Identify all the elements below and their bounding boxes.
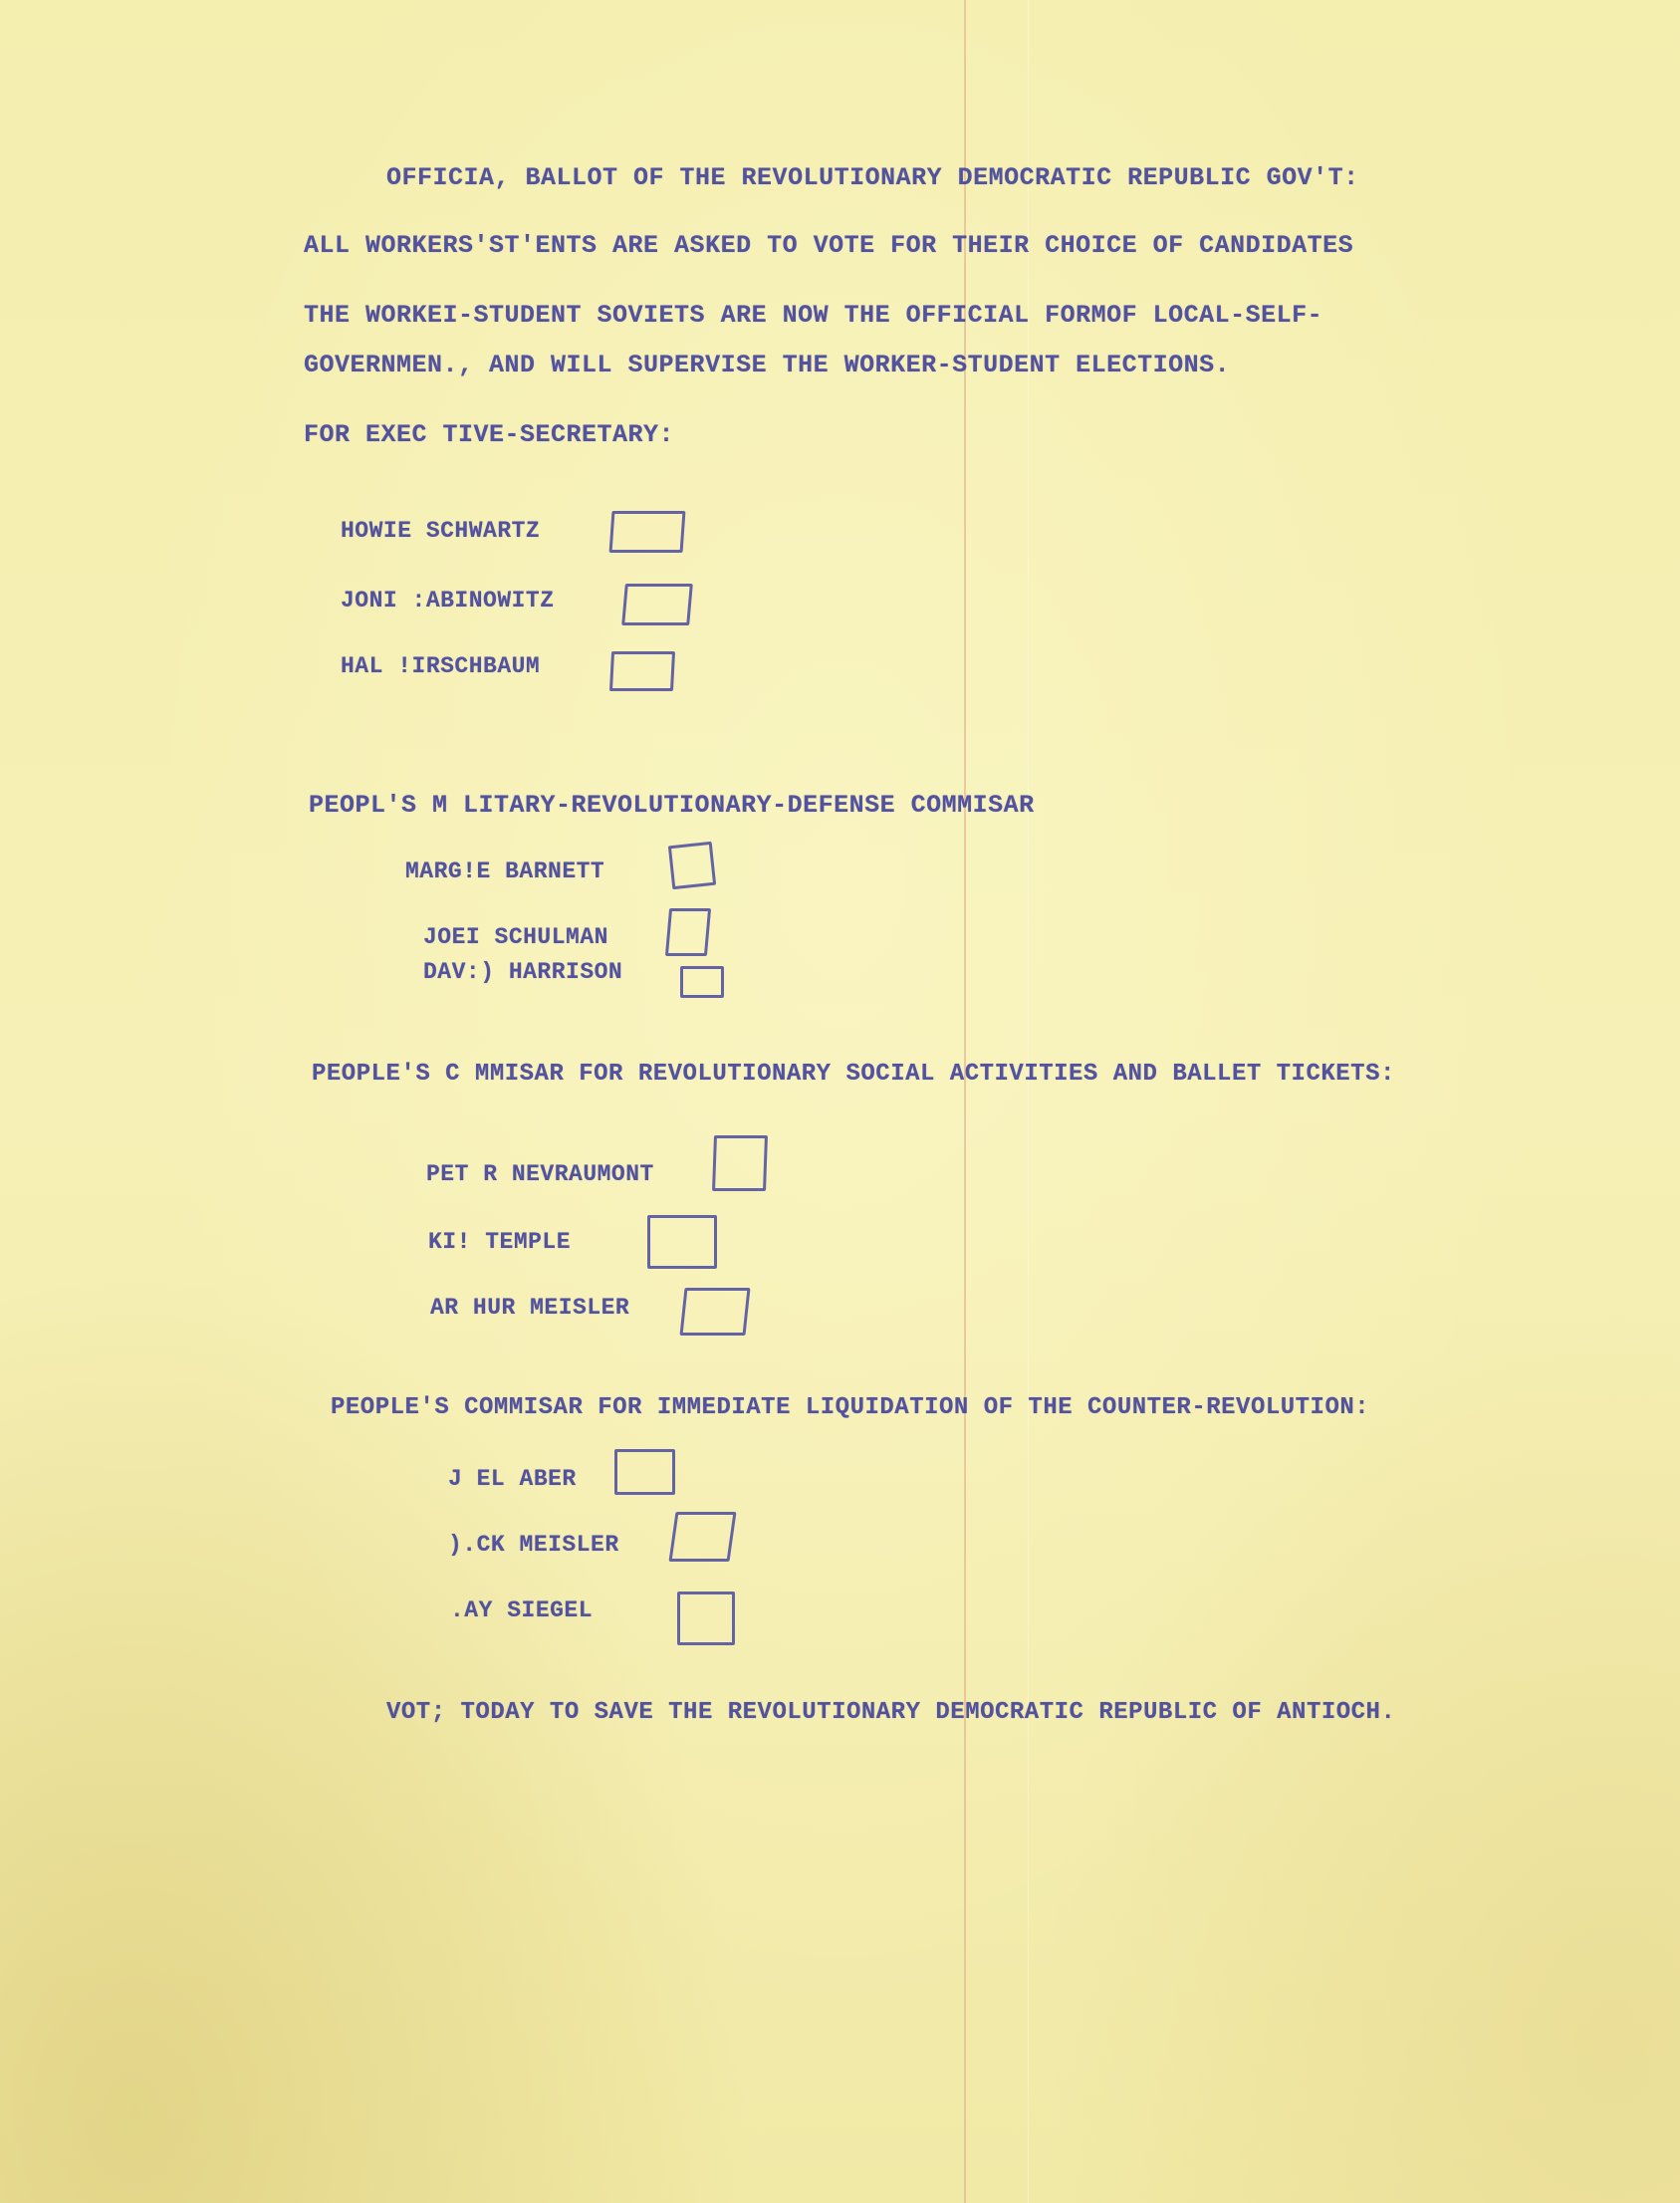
- candidate-name: JOEI SCHULMAN: [423, 924, 608, 950]
- candidate-name: DAV:) HARRISON: [423, 959, 622, 985]
- office-title-liquidation-commisar: PEOPLE'S COMMISAR FOR IMMEDIATE LIQUIDAT…: [331, 1394, 1369, 1421]
- candidate-name: HOWIE SCHWARTZ: [341, 518, 540, 544]
- vote-checkbox[interactable]: [665, 908, 711, 956]
- vote-checkbox[interactable]: [680, 966, 724, 998]
- vote-checkbox[interactable]: [647, 1215, 717, 1269]
- vote-checkbox[interactable]: [679, 1288, 750, 1336]
- paper-crease: [1028, 0, 1029, 2203]
- ballot-title: OFFICIA, BALLOT OF THE REVOLUTIONARY DEM…: [386, 163, 1359, 192]
- vote-checkbox[interactable]: [609, 511, 686, 553]
- vote-checkbox[interactable]: [677, 1591, 735, 1645]
- vote-checkbox[interactable]: [609, 651, 675, 691]
- candidate-name: KI! TEMPLE: [428, 1229, 571, 1255]
- candidate-name: MARG!E BARNETT: [405, 858, 604, 884]
- ballot-instruction: ALL WORKERS'ST'ENTS ARE ASKED TO VOTE FO…: [304, 231, 1353, 260]
- candidate-name: PET R NEVRAUMONT: [426, 1161, 654, 1187]
- vote-checkbox[interactable]: [621, 584, 693, 625]
- candidate-name: JONI :ABINOWITZ: [341, 588, 555, 613]
- notice-line-2: GOVERNMEN., AND WILL SUPERVISE THE WORKE…: [304, 351, 1230, 379]
- office-title-defense-commisar: PEOPL'S M LITARY-REVOLUTIONARY-DEFENSE C…: [309, 791, 1035, 820]
- candidate-name: ).CK MEISLER: [448, 1532, 619, 1558]
- footer-slogan: VOT; TODAY TO SAVE THE REVOLUTIONARY DEM…: [386, 1699, 1395, 1726]
- vote-checkbox[interactable]: [712, 1135, 768, 1191]
- office-title-social-activities-commisar: PEOPLE'S C MMISAR FOR REVOLUTIONARY SOCI…: [312, 1061, 1395, 1088]
- office-title-executive-secretary: FOR EXEC TIVE-SECRETARY:: [304, 420, 674, 449]
- vote-checkbox[interactable]: [668, 1512, 736, 1562]
- candidate-name: HAL !IRSCHBAUM: [341, 653, 540, 679]
- candidate-name: .AY SIEGEL: [450, 1597, 593, 1623]
- candidate-name: AR HUR MEISLER: [430, 1295, 629, 1321]
- vote-checkbox[interactable]: [614, 1449, 675, 1495]
- candidate-name: J EL ABER: [448, 1466, 577, 1492]
- notice-line-1: THE WORKEI-STUDENT SOVIETS ARE NOW THE O…: [304, 301, 1322, 330]
- paper-fold-line: [964, 0, 966, 2203]
- vote-checkbox[interactable]: [668, 842, 716, 889]
